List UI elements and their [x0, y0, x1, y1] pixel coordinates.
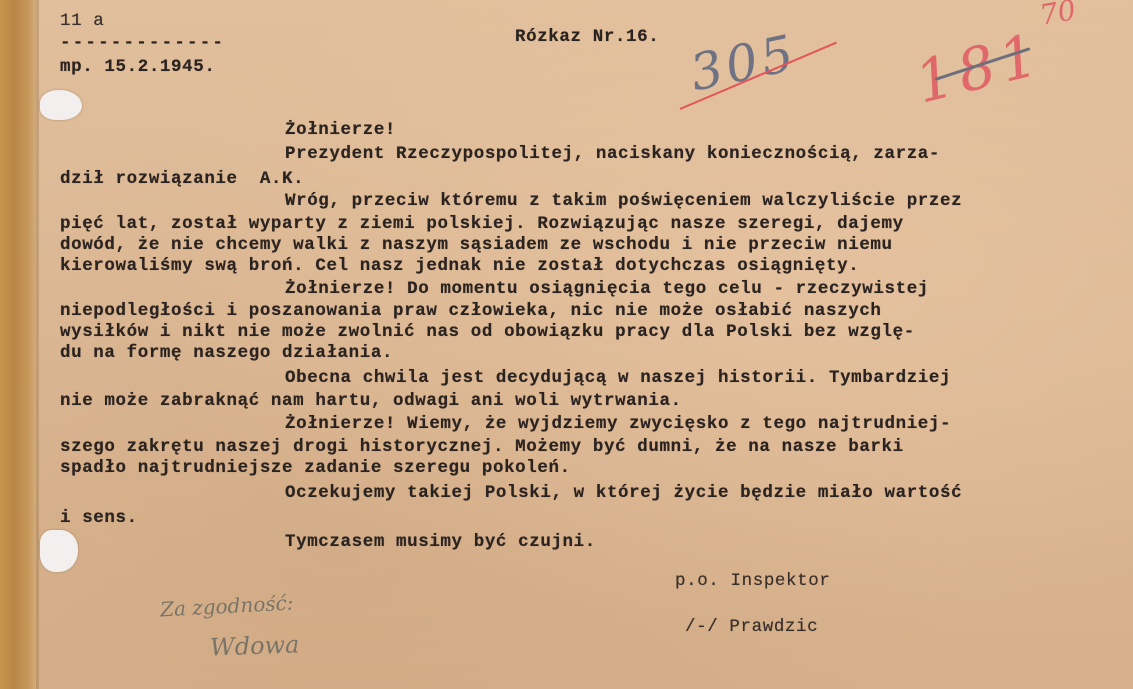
punch-hole-bottom [40, 530, 78, 572]
body-line-14: Żołnierze! Wiemy, że wyjdziemy zwycięsko… [285, 413, 951, 435]
body-line-4: Wróg, przeciw któremu z takim poświęceni… [285, 190, 962, 212]
body-line-18: i sens. [60, 507, 138, 529]
body-line-15: szego zakrętu naszej drogi historycznej.… [60, 436, 904, 458]
certification-label: Za zgodność: [159, 591, 294, 622]
body-line-5: pięć lat, został wyparty z ziemi polskie… [60, 213, 904, 235]
body-line-7: kierowaliśmy swą broń. Cel nasz jednak n… [60, 255, 859, 277]
body-line-2: Prezydent Rzeczypospolitej, naciskany ko… [285, 143, 940, 165]
file-reference: 11 a [60, 10, 104, 32]
certification-signature: Wdowa [210, 630, 300, 661]
body-line-16: spadło najtrudniejsze zadanie szeregu po… [60, 457, 571, 479]
body-line-11: du na formę naszego działania. [60, 342, 393, 364]
body-line-9: niepodległości i poszanowania praw człow… [60, 300, 882, 322]
body-line-17: Oczekujemy takiej Polski, w której życie… [285, 482, 962, 504]
red-pencil-number: 181 [909, 19, 1050, 116]
body-line-1: Żołnierze! [285, 119, 396, 141]
binding-tape-strip [0, 0, 36, 689]
body-line-6: dowód, że nie chcemy walki z naszym sąsi… [60, 234, 893, 256]
body-line-12: Obecna chwila jest decydującą w naszej h… [285, 367, 951, 389]
header-separator: ------------- [60, 32, 225, 54]
document-page: 11 a ------------- mp. 15.2.1945. Rózkaz… [0, 0, 1133, 689]
body-line-19: Tymczasem musimy być czujni. [285, 531, 596, 553]
body-line-10: wysiłków i nikt nie może zwolnić nas od … [60, 321, 915, 343]
body-line-13: nie może zabraknąć nam hartu, odwagi ani… [60, 390, 682, 412]
binding-tape-edge [36, 0, 39, 689]
signature-role: p.o. Inspektor [675, 570, 830, 592]
place-date: mp. 15.2.1945. [60, 56, 215, 78]
body-line-8: Żołnierze! Do momentu osiągnięcia tego c… [285, 278, 929, 300]
punch-hole-top [40, 90, 82, 120]
red-pencil-superscript: 70 [1037, 0, 1078, 32]
signature-name: /-/ Prawdzic [685, 616, 818, 638]
body-line-3: dził rozwiązanie A.K. [60, 168, 304, 190]
document-title: Rózkaz Nr.16. [515, 26, 659, 48]
